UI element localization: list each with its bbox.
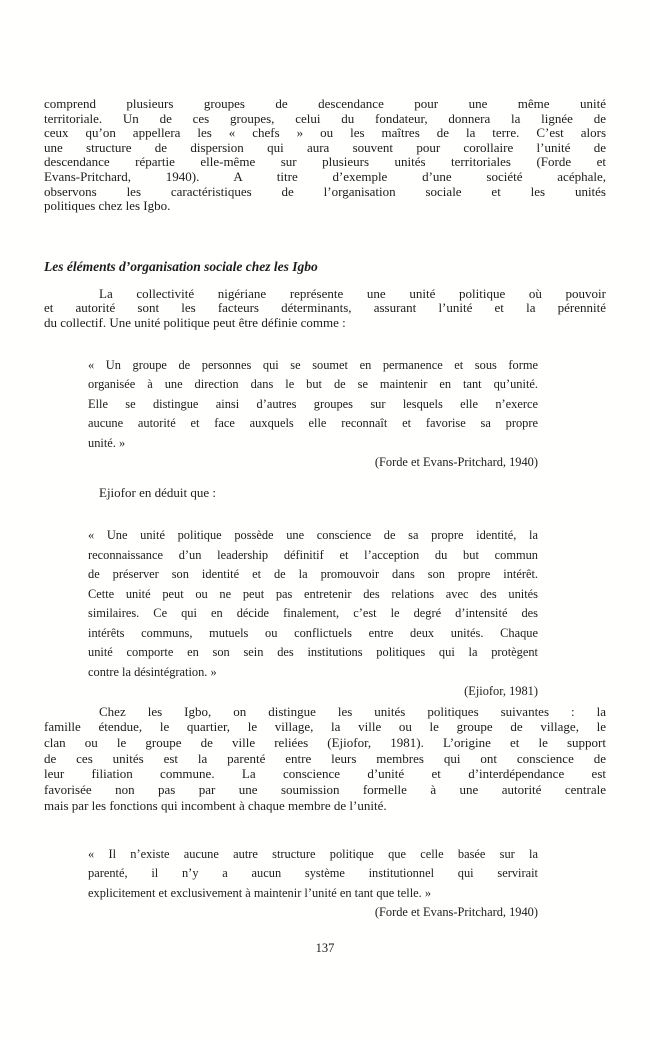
- text-line: Cette unité peut ou ne peut pas entreten…: [88, 585, 538, 605]
- text-line: Evans-Pritchard, 1940). A titre d’exempl…: [44, 170, 606, 185]
- page-number: 137: [44, 941, 606, 955]
- quote-text: « Il n’existe aucune autre structure pol…: [88, 845, 538, 904]
- text-line: famille étendue, le quartier, le village…: [44, 719, 606, 735]
- quote-text: « Un groupe de personnes qui se soumet e…: [88, 356, 538, 454]
- section-heading: Les éléments d’organisation sociale chez…: [44, 259, 606, 274]
- body-paragraph: La collectivité nigériane représente une…: [44, 287, 606, 331]
- block-quote: « Une unité politique possède une consci…: [88, 526, 538, 702]
- text-line: ceux qu’on appellera les « chefs » ou le…: [44, 126, 606, 141]
- text-line: contre la désintégration. »: [88, 663, 538, 683]
- text-line: de ces unités est la parenté entre leurs…: [44, 751, 606, 767]
- block-quote: « Un groupe de personnes qui se soumet e…: [88, 356, 538, 473]
- text-line: explicitement et exclusivement à mainten…: [88, 884, 538, 904]
- text-line: « Il n’existe aucune autre structure pol…: [88, 845, 538, 865]
- text-line: intérêts communs, mutuels ou conflictuel…: [88, 624, 538, 644]
- text-line: politiques chez les Igbo.: [44, 199, 606, 214]
- text-line: du collectif. Une unité politique peut ê…: [44, 316, 606, 331]
- document-page: comprend plusieurs groupes de descendanc…: [0, 0, 650, 1040]
- text-line: organisée à une direction dans le but de…: [88, 375, 538, 395]
- text-line: La collectivité nigériane représente une…: [44, 287, 606, 302]
- text-line: et autorité sont les facteurs déterminan…: [44, 301, 606, 316]
- text-line: territoriale. Un de ces groupes, celui d…: [44, 112, 606, 127]
- quote-attribution: (Forde et Evans-Pritchard, 1940): [88, 453, 538, 473]
- text-line: Elle se distingue ainsi d’autres groupes…: [88, 395, 538, 415]
- text-line: comprend plusieurs groupes de descendanc…: [44, 97, 606, 112]
- text-line: similaires. Ce qui en décide finalement,…: [88, 604, 538, 624]
- text-line: mais par les fonctions qui incombent à c…: [44, 798, 606, 814]
- text-line: descendance répartie elle-même sur plusi…: [44, 155, 606, 170]
- text-line: clan ou le groupe de ville reliées (Ejio…: [44, 735, 606, 751]
- text-line: leur filiation commune. La conscience d’…: [44, 766, 606, 782]
- text-line: de préserver son identité et de la promo…: [88, 565, 538, 585]
- text-line: reconnaissance d’un leadership définitif…: [88, 546, 538, 566]
- lead-in-sentence: Ejiofor en déduit que :: [44, 486, 606, 501]
- text-line: « Un groupe de personnes qui se soumet e…: [88, 356, 538, 376]
- text-line: observons les caractéristiques de l’orga…: [44, 185, 606, 200]
- body-paragraph: Chez les Igbo, on distingue les unités p…: [44, 704, 606, 814]
- text-line: favorisée non pas par une soumission for…: [44, 782, 606, 798]
- text-line: parenté, il n’y a aucun système institut…: [88, 864, 538, 884]
- text-line: unité comporte en son sein des instituti…: [88, 643, 538, 663]
- body-paragraph: comprend plusieurs groupes de descendanc…: [44, 97, 606, 214]
- text-line: unité. »: [88, 434, 538, 454]
- text-line: une structure de dispersion qui aura sou…: [44, 141, 606, 156]
- text-line: Chez les Igbo, on distingue les unités p…: [44, 704, 606, 720]
- quote-attribution: (Ejiofor, 1981): [88, 682, 538, 702]
- text-line: « Une unité politique possède une consci…: [88, 526, 538, 546]
- text-line: aucune autorité et face auxquels elle re…: [88, 414, 538, 434]
- quote-attribution: (Forde et Evans-Pritchard, 1940): [88, 903, 538, 923]
- quote-text: « Une unité politique possède une consci…: [88, 526, 538, 682]
- block-quote: « Il n’existe aucune autre structure pol…: [88, 845, 538, 923]
